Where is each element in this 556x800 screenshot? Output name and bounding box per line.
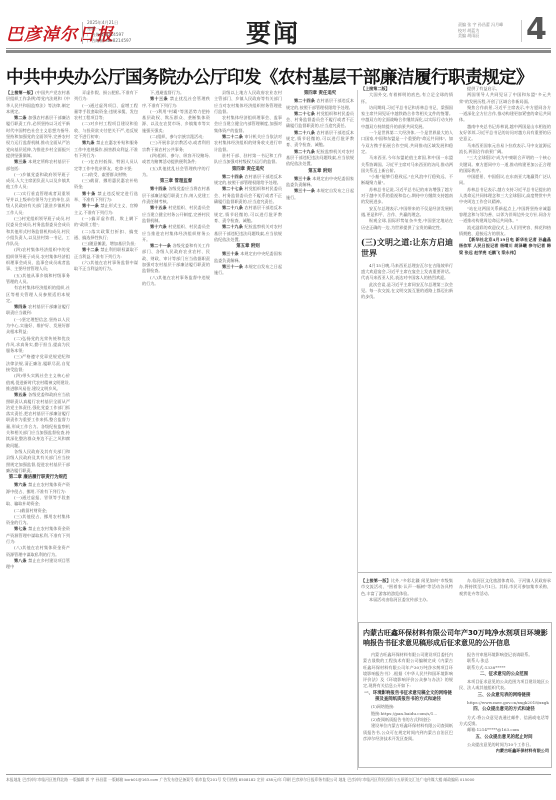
article-number: 第二十四条: [222, 174, 244, 179]
paragraph: 本项目征求意见的公众范围为项目建设地区公民、法人或其他组织代表。: [459, 679, 549, 692]
article-number: 第二条: [14, 115, 28, 120]
paragraph: 第二十八条 农村基层干部违反本规定,情节轻微的,可以进行批评教育、责令检查、诫勉…: [286, 130, 354, 149]
paragraph: 第十条 禁止违反规定进行选举、不准有下列行为:: [74, 191, 138, 204]
paragraph: 内蒙古旺鑫环保材料有限公司建设项目委托内蒙古晟数的工程技术有限公司编制完成《内蒙…: [363, 652, 453, 690]
divider: [521, 20, 522, 42]
paragraph: https://www.mee.gov.cn/xxgk2018/xxgk/xxg…: [459, 700, 549, 706]
news-column-right: 提供了有益启示。两国领导人共同见证了中国和东盟"多元共荣"的发展历程,开创了区域…: [459, 86, 551, 516]
continuation-marker: 【上接第二版】: [361, 86, 390, 91]
paragraph: 第八条 禁止在乡村建设项目管理中: [6, 558, 70, 571]
paragraph: 联系方式:1338*****: [459, 665, 549, 671]
paragraph: 访问期间,习近平总书记和苏林总书记、梁强国家主席共同见证中越铁路合作等相关文件的…: [361, 105, 453, 130]
paragraph: 苏林总书记表示,越方支持习近平总书记提出的人类命运共同体理念和三大全球倡议,高度…: [459, 187, 551, 206]
paragraph: 第二十二条 审计机关应当依法对农村集体经济组织的财务收支进行审计监督。: [214, 134, 282, 153]
paragraph: (二)实行垂直管理或者双重领导并以上级单位领导为主的单位,县级人民政府有关部门派…: [6, 191, 70, 216]
paragraph: "站在这两国关系新起点上,中国将坚持亲诚惠容理念和与邻为善、以邻为伴周边外交方针…: [459, 206, 551, 225]
credit-line: 美编 胡雨辰: [458, 33, 530, 39]
article-number: 第十条: [82, 191, 98, 196]
paragraph: 有农村集体经济组织的组织,社区等相关管理人员参照适用本规定。: [6, 285, 70, 304]
chapter-heading: 第二章 廉洁履行职责行为规范: [6, 475, 70, 481]
ad-email: 广告邮箱:abc8214597: [87, 38, 131, 44]
paragraph: 第二条 加强农村基层干部廉洁履行职责工作,必须坚持以习近平新时代中国特色社会主义…: [6, 115, 70, 159]
paragraph: 中国愿景、中国倡议,在东南亚大地赢得广泛认同。: [459, 174, 551, 187]
paragraph: 【上接第一版】比外,"多彩北疆 闻见如何"市级集市交流活动、"围着家·认声一幅树…: [361, 578, 453, 597]
masthead: 巴彦淖尔日报 2025年4月21日 星期一 广告热线:8214597 广告邮箱:…: [0, 0, 556, 52]
signature: 内蒙古旺鑫环保材料有限公司: [459, 748, 549, 754]
paragraph: (六)其他在农村事务监督中谋取不正当利益的行为。: [74, 260, 138, 273]
paragraph: 第十五条 村党组织、村民委员会应当建立健全村务公开制度,完善村民监督机制。: [142, 205, 210, 224]
editor-credits: 责编 张 宇 孙昌蕾 冯月峰 校对 胡蓝为 美编 胡雨辰: [458, 22, 530, 39]
chapter-heading: 四、公众提出意见的方式和途径: [459, 707, 549, 713]
paragraph: 第二十七条 村党组织和村民委员会、村务监督委员会不履行或者不正确履行监督职责的,…: [286, 111, 354, 130]
article-number: 第三十一条: [294, 188, 316, 193]
paragraph: (一)利用"村霸"等黑恶势力把持基层政权、欺压群众、垄断集体资源、以及在农贸市场…: [142, 109, 210, 134]
article-number: 第十六条: [150, 224, 168, 229]
article-number: 第七条: [14, 526, 28, 531]
continued-column-left: 【上接第一版】比外,"多彩北疆 闻见如何"市级集市交流活动、"围着家·认声一幅树…: [361, 578, 453, 618]
article-number: 第十二条: [82, 247, 100, 252]
page-number: 4: [526, 12, 547, 47]
paragraph: (四)带头实践社会主义核心价值观,促进新时代农村精神文明建设,推进移风易俗,建设…: [6, 373, 70, 392]
article-column-1: 【上接第一版】(中国共产党农村基层组织工作条例)等党内法规和《中华人民共和国监察…: [6, 90, 70, 772]
article-number: 第二十四条: [294, 98, 316, 103]
article-number: 第十四条: [150, 186, 168, 191]
paragraph: 【上接第一版】(中国共产党农村基层组织工作条例)等党内法规和《中华人民共和国监察…: [6, 90, 70, 115]
paragraph: (一)坚定理想信念,坚持以人民为中心,实施好、维护好、发展好群众根本利益;: [6, 317, 70, 336]
article-column-3: 下,逃避监督行为。第十三条 禁止扰乱社会管理秩序,不准有下列行为:(一)利用"村…: [142, 90, 210, 772]
continued-column-right: 办,临河区文化旅游体育局、于河镇人民政府承办,将持续至5月1日。其间,市民可参加…: [459, 578, 551, 618]
paragraph: 第五条 各级党委和政府应当依照职责认真履行农村基层全面从严治党主体责任,强化党委…: [6, 392, 70, 449]
article-number: 第十一条: [82, 203, 100, 208]
paragraph: 第二十九条 纪检监察机关对农村基层干部违纪违法问题线索,应当依规依纪依法处置。: [214, 224, 282, 243]
footer-imprint: 本报地址 巴彦淖尔市临河区胜利北路 一版编辑 郭 宇 孙昌蕾 一版邮箱 bxrb…: [6, 777, 551, 783]
article-number: 第六条: [14, 482, 28, 487]
date-info: 2025年4月21日 星期一 广告热线:8214597 广告邮箱:abc8214…: [87, 20, 131, 44]
paragraph: 安瓦尔总理表示,中国带来的不仅是经济发展机遇,更是和平、合作、共赢的理念。: [361, 206, 453, 219]
section-title: 要闻: [246, 14, 300, 50]
byline: 【新华社北京4月19日电 新华社记者 孙鑫晶 杨依军 人民日报记者 杨晴川 胡泽…: [459, 237, 551, 256]
article-number: 第二十七条: [222, 186, 244, 191]
article-column-2: 弄虚作假、损公肥私,不准有下列行为:(一)通过虚列项目、虚增工程量等手段套取资金…: [74, 90, 138, 772]
paragraph: "三大全球倡议"成为中柬联合声明的一个核心关键词。柬方愿同中方一道,推动构建更加…: [459, 155, 551, 174]
paragraph: 邮箱:1214*****@163.com: [459, 727, 549, 733]
paragraph: (三)开展非法宗教活动,或者利用宗教干预农村公共事务;: [142, 140, 210, 153]
chapter-heading: 二、征求意见的公众范围: [459, 672, 549, 678]
chapter-heading: 五、公众提出意见的起止时间: [459, 735, 549, 741]
article-number: 第四条: [14, 304, 28, 309]
paragraph: 两国领导人共同见证了中国和东盟"多元共荣"的发展历程,开创了区域合作新局面。: [459, 92, 551, 105]
notice-column-left: 内蒙古旺鑫环保材料有限公司建设项目委托内蒙古晟数的工程技术有限公司编制完成《内蒙…: [363, 652, 453, 766]
paragraph: 农村集体经济组织理事会、监事会应当建立健全内部管理制度,加强对集体资产的监督。: [214, 115, 282, 134]
paragraph: 马来西亚,今年东盟轮值主席国,和中国一东盟关系协调国。习近平主席对马来西亚的访问…: [361, 155, 453, 174]
article-number: 第二十八条: [222, 205, 244, 210]
chapter-heading: 第四章 责任追究: [286, 91, 354, 97]
notice-column-right: 报告书审批环境影响登记表请联系。联系人:张总联系方式:1338*****二、征求…: [459, 652, 549, 766]
paragraph: 第十一条 禁止形式主义、官僚主义,不准有下列行为:: [74, 203, 138, 216]
paragraph: 第六条 禁止在农村集体资产资源中侵占、挪用,不准有下列行为:: [6, 482, 70, 495]
paragraph: 纵观全球,国际形势复杂多变,中国坚定地站在历史正确的一边,为世界提供了宝贵的确定…: [361, 218, 453, 231]
paragraph: 各级人民政府及其有关部门和县级人民政府及其有关部门应当按照规定加强监督,促进农村…: [6, 449, 70, 474]
paragraph: 4月15日晚,马来西亚总理安瓦尔在吉隆坡举行盛大欢迎宴会,习近平主席在宴会上发表…: [361, 263, 453, 282]
paragraph: 第三十条 本规定由中央纪委国家监委负责解释。: [286, 176, 354, 189]
paragraph: (四)组织、参与、纵容开设赌场,或者为赌博活动提供便利条件;: [142, 153, 210, 166]
chapter-heading: 第五章 附则: [214, 244, 282, 250]
article-number: 第八条: [14, 558, 28, 563]
paragraph: (一)乡镇党委和政府领导班子成员,人大主席团负责人以及乡镇其他工作人员;: [6, 172, 70, 191]
continuation-marker: 【上接第一版】: [361, 578, 391, 583]
paragraph: (八)其他在农村集体资金资产资源管理中谋取私利的行为。: [6, 545, 70, 558]
paragraph: 第二十八条 农村基层干部违反本规定,情节轻微的,可以进行批评教育、责令检查、诫勉…: [214, 205, 282, 224]
subheading: (三)文明之道:让东方启迪世界: [361, 237, 453, 259]
paragraph: (八)其他在农村事务监督中违规的行为。: [142, 275, 210, 288]
paragraph: (一)搞弄虚作假、欺上瞒下的"政绩工程";: [74, 216, 138, 229]
article-number: 第二十七条: [294, 111, 316, 116]
paragraph: 县级以上地方人民政府农业农村主管部门、乡镇人民政府等有关部门应当对农村集体经济组…: [214, 90, 282, 115]
paragraph: 流光溢彩的欢迎仪式上,人们用笑容、鲜花和热情拥抱、迎接远方的朋友。: [459, 225, 551, 238]
paragraph: 一个是世界第二大经济体,一个是世界最大的人口国家,中国和东盟是一个重要的"命运共…: [361, 130, 453, 155]
paragraph: 第九条 禁止在惠农补贴和服务工作中违规操作,损害群众利益,不准有下列行为:: [74, 140, 138, 159]
paragraph: 越南中央总书记苏林说,越中两国是山水相连的友好邻邦,习近平总书记的访问对越方具有…: [459, 124, 551, 143]
paragraph: 第十三条 禁止扰乱社会管理秩序,不准有下列行为:: [142, 96, 210, 109]
paragraph: (一)通过虚报、冒领等手段套取、骗取补助资金;: [6, 495, 70, 508]
main-headline: 中共中央办公厅国务院办公厅印发《农村基层干部廉洁履行职责规定》: [6, 64, 356, 89]
paragraph: (二)落实政策打折扣、搞变通、搞选择性执行;: [74, 229, 138, 242]
paragraph: 此次会谈,是习近平主席同安瓦尔总理第三次会见。每一次交流,在文明交流互鉴的道路上…: [361, 282, 453, 301]
article-number: 第二十一条: [150, 243, 172, 248]
article-number: 第二十九条: [222, 224, 244, 229]
article-number: 第十五条: [150, 205, 168, 210]
paragraph: 弄虚作假、损公肥私,不准有下列行为:: [74, 90, 138, 103]
paragraph: 苏林总书记说,习近平总书记的来访增强了越方对于越中关系的重视和信心,期待中方继续…: [361, 187, 453, 206]
chapter-heading: 第三章 管理监督: [142, 179, 210, 185]
paragraph: 第七条 禁止在农村集体资金资产资源管理中谋取私利,不准有下列行为:: [6, 526, 70, 545]
paragraph: 第十六条 村党组织、村民委员会应当推进农村集体经济组织财务公开。: [142, 224, 210, 243]
paragraph: 第二十一条 各级党委和有关工作部门、各级人民政府农业农村、民政、财政、审计等部门…: [142, 243, 210, 274]
paragraph: (三)截留、挪用惠民惠农补贴资金;: [74, 178, 138, 191]
paragraph: (三)严格遵守党章党规党纪和法律法规,清正廉洁,履职尽责,自觉接受监督;: [6, 354, 70, 373]
paragraph: (二)弘扬党的光荣传统和优良作风,求真务实,勤于担当,提高为民服务本领;: [6, 336, 70, 355]
paragraph: 本届活动由临河区委宣传部主办。: [361, 597, 453, 603]
notice-title: 内蒙古旺鑫环保材料有限公司年产30万吨净水剂项目环境影响报告书征求意见稿形成后征…: [363, 628, 549, 648]
paragraph: 第二十九条 纪检监察机关对农村基层干部违纪违法问题线索,应当依规依纪依法处置。: [286, 149, 354, 168]
paragraph: 第十二条 禁止利用职权谋取不正当利益,不准有下列行为:: [74, 247, 138, 260]
news-column-left: 【上接第二版】大国外交,有着鲜明的底色,有立足全球的情怀。访问期间,习近平总书记…: [361, 86, 453, 516]
paragraph: (三)其他侵占、挪用农村集体资金的行为。: [6, 514, 70, 527]
article-number: 第二十二条: [222, 134, 244, 139]
paragraph: (三)村党组织领导班子成员,村民委员会成员,村务监督委员会成员和其他形式村务监督…: [6, 216, 70, 247]
section-rule: [358, 572, 552, 573]
article-number: 第三十条: [222, 251, 240, 256]
article-number: 第五条: [14, 392, 28, 397]
paragraph: 建设单位内蒙古旺鑫环保材料有限公司查阅纸质报告书,公众可在规定时间内到内蒙古自治…: [363, 723, 453, 742]
article-number: 第三条: [14, 159, 28, 164]
header-rule-thick: [6, 50, 551, 53]
article-number: 第三十一条: [222, 264, 244, 269]
paragraph: "小船"能够行稳致远,"在风浪中行稳致远、不断凝聚力量"。: [361, 174, 453, 187]
header-rule: [6, 48, 551, 49]
paragraph: (一)在农村低保、特困人员认定等工作中优亲厚友、吃拿卡要;: [74, 159, 138, 172]
article-number: 第二十八条: [294, 130, 316, 135]
paragraph: 第二十四条 农村基层干部违反本规定的,按照干部管理权限给予处理。: [286, 98, 354, 111]
paragraph: (五)其他扰乱社会管理秩序的行为。: [142, 166, 210, 179]
chapter-heading: 一、环境影响报告书征求意见稿全文的网络链接及查阅纸质报告书的方式和途径: [363, 691, 453, 704]
paragraph: 方式:将公众意见表通过邮件、信函或电话等方式反馈。: [459, 715, 549, 728]
chapter-heading: 第四章 责任追究: [214, 167, 282, 173]
paragraph: 马来西亚国家元首易卜拉欣表示,马中友谊源远流长,两国合作前景广阔。: [459, 143, 551, 156]
article-number: 第三十条: [294, 176, 312, 181]
chapter-heading: 第五章 附则: [286, 169, 354, 175]
article-number: 第九条: [82, 140, 96, 145]
paragraph: (四)农村集体经济组织中的党组织领导班子成员,农村集体经济组织理事会成员、监事会…: [6, 247, 70, 272]
paragraph: 第三条 本规定所称农村基层干部包括:: [6, 159, 70, 172]
continuation-marker: 【上接第一版】: [6, 90, 35, 95]
paragraph: 第三十一条 本规定自发布之日起施行。: [214, 264, 282, 277]
paragraph: 第三十条 本规定由中央纪委国家监委负责解释。: [214, 251, 282, 264]
paragraph: 驻村干部、驻村第一书记和工作队应当加强对村级权力运行的监督。: [214, 153, 282, 166]
article-column-4: 县级以上地方人民政府农业农村主管部门、乡镇人民政府等有关部门应当对农村集体经济组…: [214, 90, 282, 772]
paragraph: (二)对乡村工程项目建设和验收、与投资款支付把关不严,违反规定不进行初审;: [74, 121, 138, 140]
paragraph: 大国外交,有着鲜明的底色,有立足全球的情怀。: [361, 92, 453, 105]
article-number: 第二十九条: [294, 149, 316, 154]
paragraph: (五)其他从事乡镇和村级事务管理的人员。: [6, 273, 70, 286]
chapter-heading: 三、公众意见表的网络链接: [459, 693, 549, 699]
article-number: 第十三条: [150, 96, 170, 101]
article-column-5: 第四章 责任追究第二十四条 农村基层干部违反本规定的,按照干部管理权限给予处理。…: [286, 90, 354, 772]
paragraph: 第四条 农村基层干部廉洁履行职责应当做到:: [6, 304, 70, 317]
footer-rule: [6, 774, 551, 775]
paragraph: 办,临河区文化旅游体育局、于河镇人民政府承办,将持续至5月1日。其间,市民可参加…: [459, 578, 551, 597]
paragraph: 聚焦合作前景,习近平主席表示,中方愿同各方一道深化全方位合作,推动构建更加紧密的…: [459, 105, 551, 124]
paragraph: 第二十四条 农村基层干部违反本规定的,按照干部管理权限给予处理。: [214, 174, 282, 187]
divider: [82, 22, 83, 44]
paragraph: 第十四条 各级党委应当将农村基层干部廉洁履行职责工作,纳入党建工作责任制考核。: [142, 186, 210, 205]
paragraph: 第三十一条 本规定自发布之日起施行。: [286, 188, 354, 201]
paragraph: 第二十七条 村党组织和村民委员会、村务监督委员会不履行或者不正确履行监督职责的,…: [214, 186, 282, 205]
paragraph: (一)通过虚列项目、虚增工程量等手段套取资金;违规承揽、发包农村工程项目等;: [74, 103, 138, 122]
